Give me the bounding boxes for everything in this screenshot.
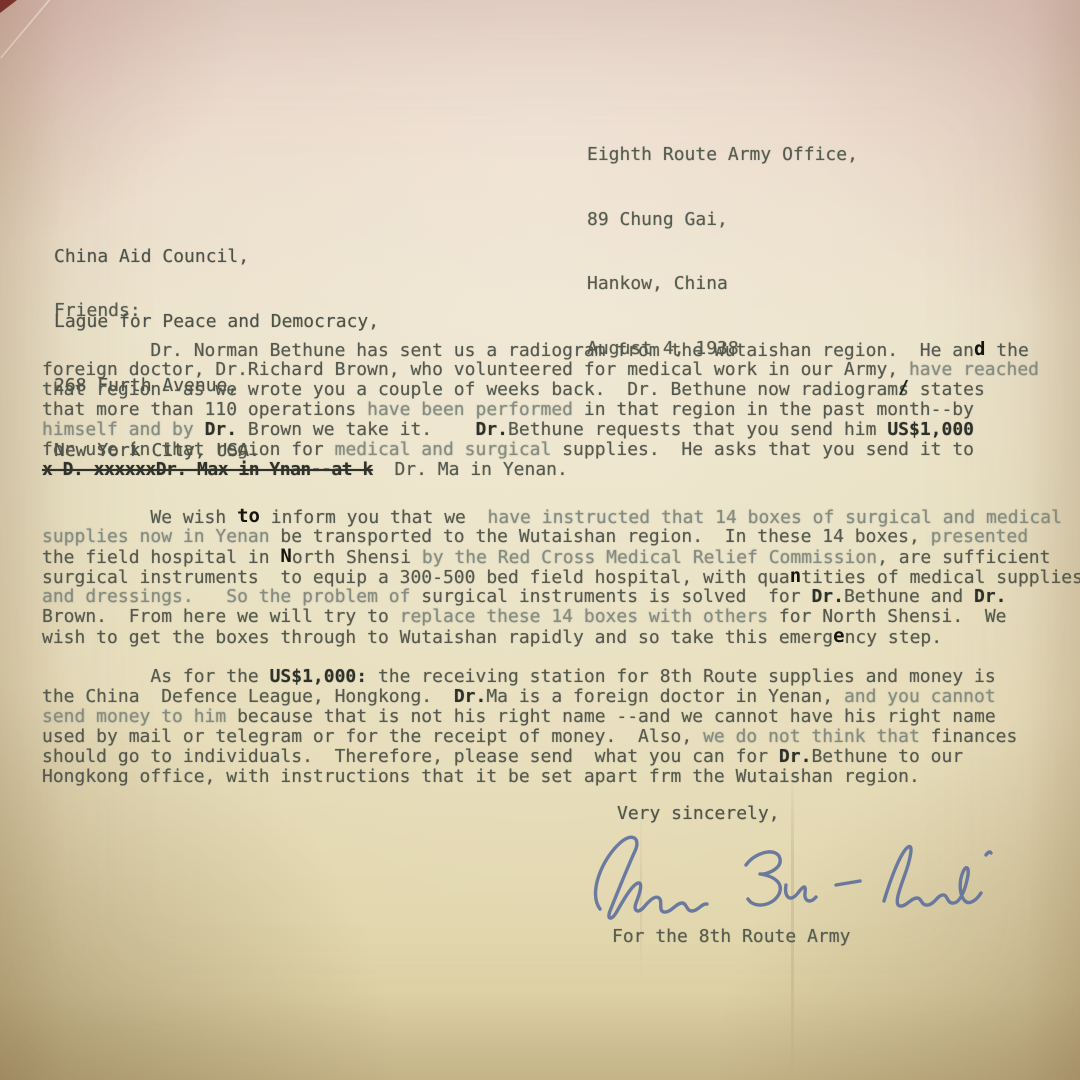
page-corner-mark xyxy=(0,0,17,13)
typed-line: Brown. From here we will try to replace … xyxy=(42,607,1080,627)
typed-line: surgical instruments to equip a 300-500 … xyxy=(42,567,1080,587)
signature-line: For the 8th Route Army xyxy=(612,926,850,947)
signature-stroke-hyphen xyxy=(836,881,860,885)
typed-line: for use in that region for medical and s… xyxy=(42,440,1039,460)
typed-line: As for the US$1,000: the receiving stati… xyxy=(42,667,1017,687)
salutation: Friends: xyxy=(54,300,141,321)
letterhead-city: Hankow, China xyxy=(587,273,858,295)
typed-line: supplies now in Yenan be transported to … xyxy=(42,527,1080,547)
recipient-name: China Aid Council, xyxy=(54,246,379,268)
letterhead-org: Eighth Route Army Office, xyxy=(587,144,858,166)
typed-line: the field hospital in North Shensi by th… xyxy=(42,547,1080,567)
typed-line: used by mail or telegram or for the rece… xyxy=(42,727,1017,747)
typed-line: Dr. Norman Bethune has sent us a radiogr… xyxy=(42,340,1039,360)
typed-line: send money to him because that is not hi… xyxy=(42,707,1017,727)
typed-line: that region--as we wrote you a couple of… xyxy=(42,380,1039,400)
signature-handwritten xyxy=(578,820,1018,932)
signature-stroke-lai xyxy=(884,846,991,906)
letter-scan: Eighth Route Army Office, 89 Chung Gai, … xyxy=(0,0,1080,1080)
typed-line: and dressings. So the problem of surgica… xyxy=(42,587,1080,607)
typed-line: wish to get the boxes through to Wutaish… xyxy=(42,627,1080,647)
typed-line: the China Defence League, Hongkong. Dr.M… xyxy=(42,687,1017,707)
typed-line: Hongkong office, with instructions that … xyxy=(42,767,1017,787)
typed-line: x D. xxxxxxDr. Max in Ynan--at k Dr. Ma … xyxy=(42,460,1039,480)
body-paragraph-1: Dr. Norman Bethune has sent us a radiogr… xyxy=(42,340,1039,480)
body-paragraph-2: We wish to inform you that we have instr… xyxy=(42,507,1080,647)
letterhead-street: 89 Chung Gai, xyxy=(587,209,858,231)
body-paragraph-3: As for the US$1,000: the receiving stati… xyxy=(42,667,1017,787)
signature-stroke-en xyxy=(746,852,816,905)
typed-line: that more than 110 operations have been … xyxy=(42,400,1039,420)
typed-line: foreign doctor, Dr.Richard Brown, who vo… xyxy=(42,360,1039,380)
typed-line: himself and by Dr. Brown we take it. Dr.… xyxy=(42,420,1039,440)
typed-line: should go to individuals. Therefore, ple… xyxy=(42,747,1017,767)
signature-stroke-chow xyxy=(596,837,707,918)
typed-line: We wish to inform you that we have instr… xyxy=(42,507,1080,527)
